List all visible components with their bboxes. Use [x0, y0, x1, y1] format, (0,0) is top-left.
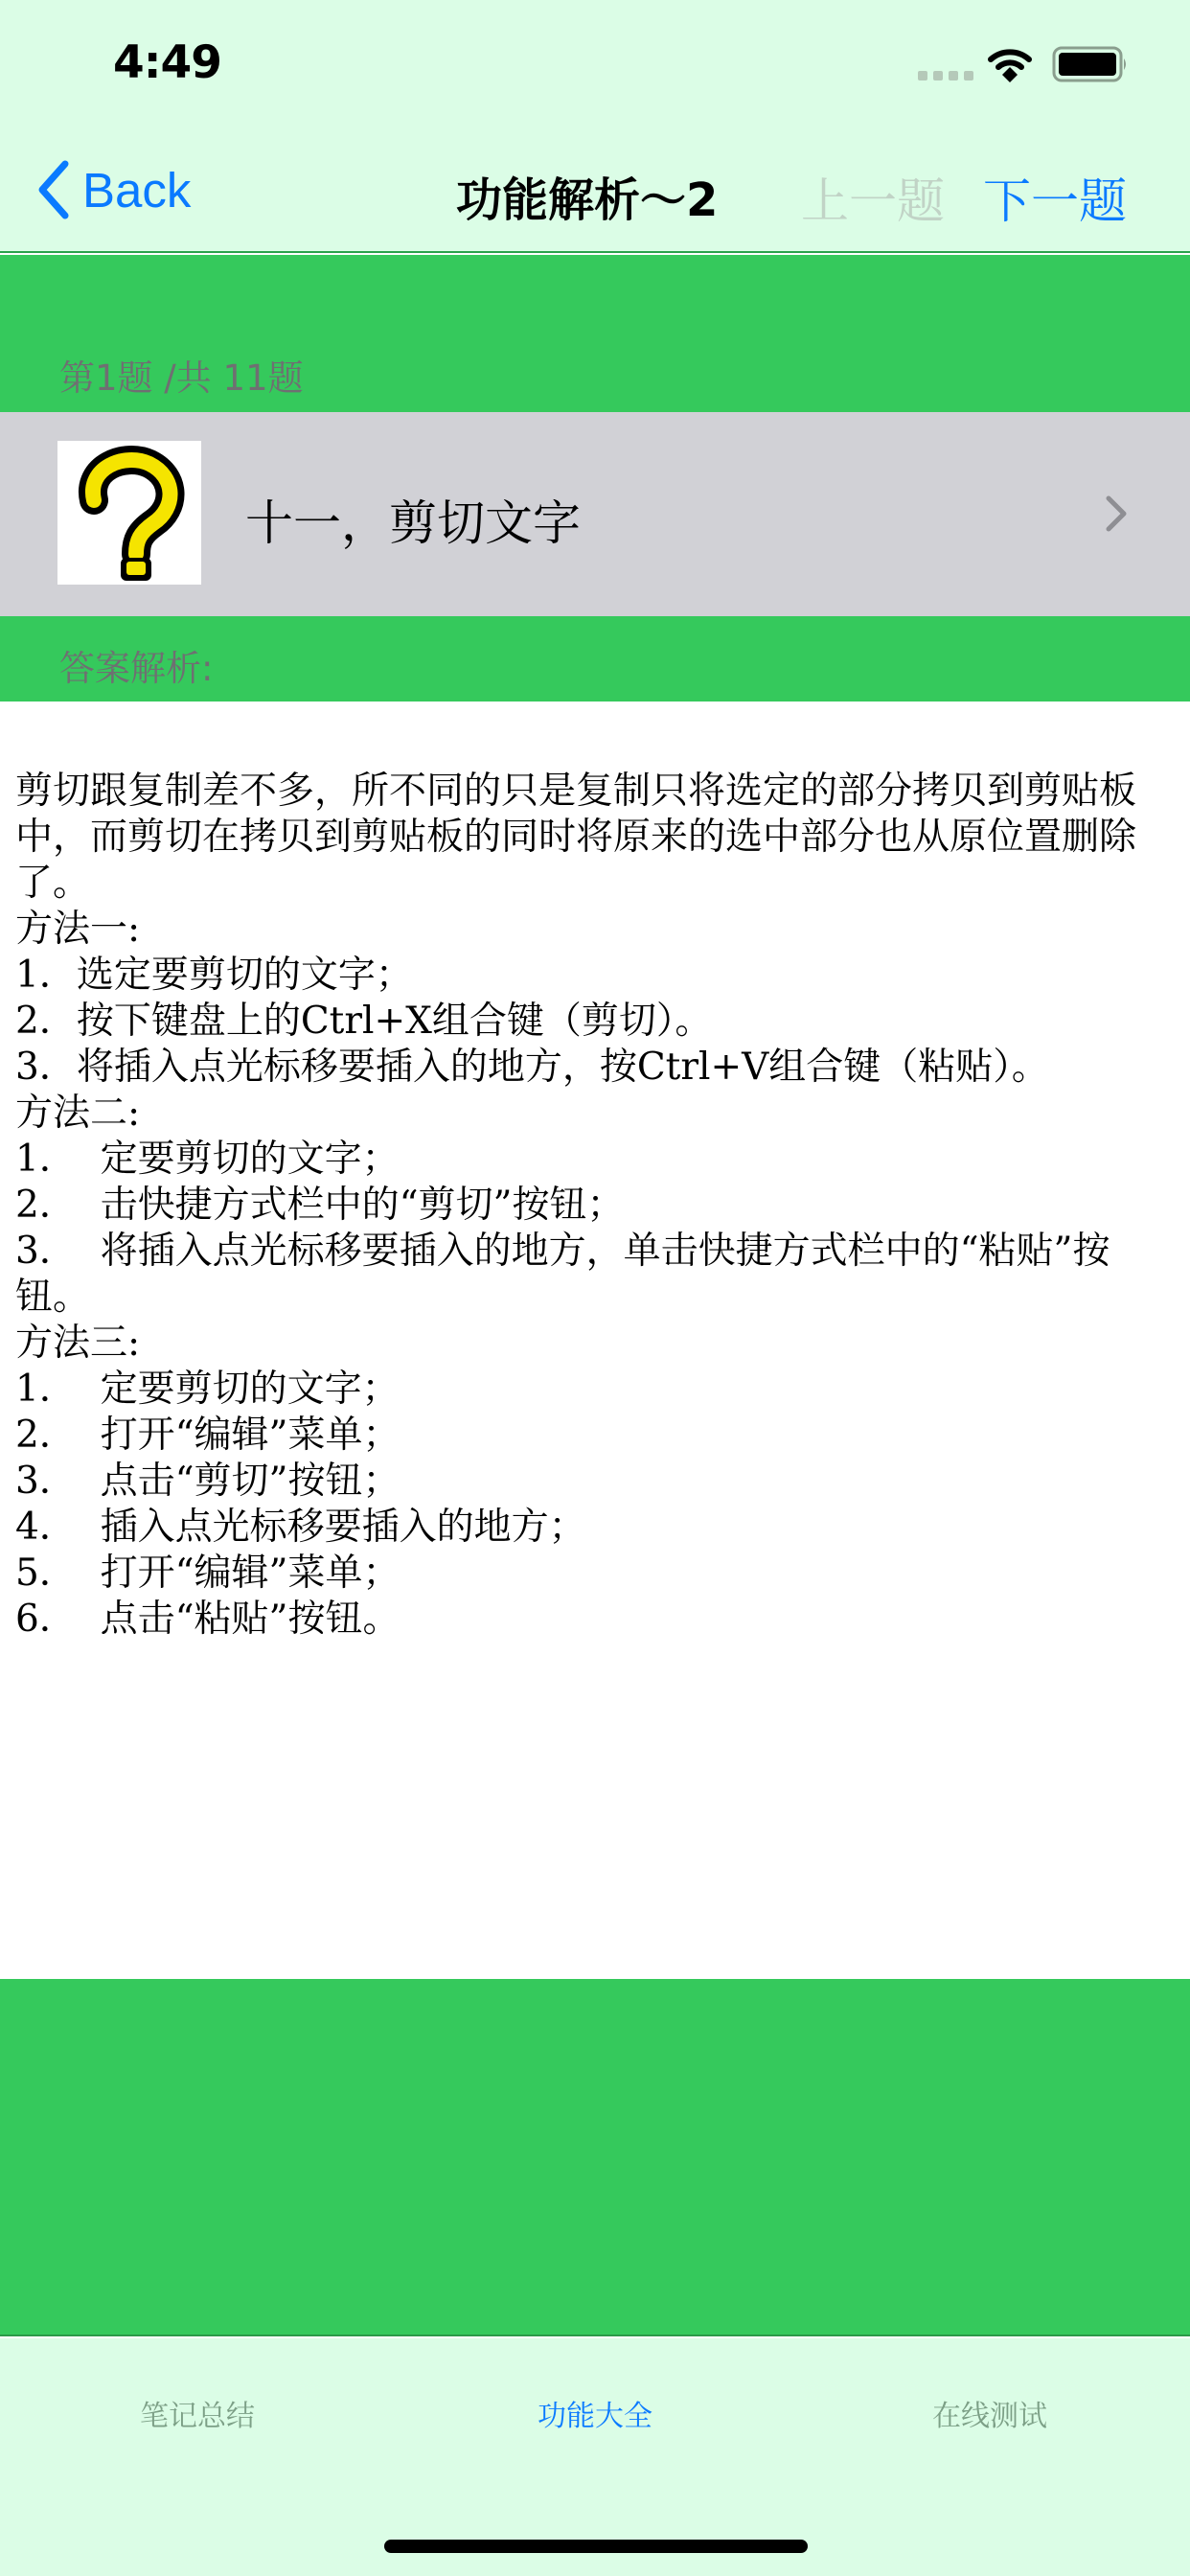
answer-line: 2． 击快捷方式栏中的“剪切”按钮； — [15, 1183, 1179, 1229]
question-title: 十一，剪切文字 — [245, 485, 581, 554]
answer-line: 5． 打开“编辑”菜单； — [15, 1551, 1179, 1597]
status-time: 4:49 — [113, 36, 221, 89]
answer-line: 3． 点击“剪切”按钮； — [15, 1459, 1179, 1505]
battery-icon — [1052, 46, 1129, 82]
chevron-left-icon — [34, 158, 73, 221]
answer-text: 剪切跟复制差不多，所不同的只是复制只将选定的部分拷贝到剪贴板中，而剪切在拷贝到剪… — [15, 769, 1179, 1643]
signal-dots-icon — [918, 71, 973, 80]
tab-notes-summary[interactable]: 笔记总结 — [63, 2392, 332, 2434]
answer-line: 2． 打开“编辑”菜单； — [15, 1413, 1179, 1459]
answer-line: 1． 定要剪切的文字； — [15, 1137, 1179, 1183]
answer-line: 3．将插入点光标移要插入的地方，按Ctrl+V组合键（粘贴）。 — [15, 1045, 1179, 1091]
nav-bar: Back 功能解析～2 上一题 下一题 — [0, 126, 1190, 253]
answer-line: 1． 定要剪切的文字； — [15, 1367, 1179, 1413]
tab-bar: 笔记总结 功能大全 在线测试 — [0, 2338, 1190, 2576]
answer-section-header: 答案解析: — [0, 616, 1190, 701]
previous-question-button[interactable]: 上一题 — [801, 163, 945, 232]
page-title: 功能解析～2 — [456, 163, 718, 229]
answer-line: 方法三: — [15, 1321, 1179, 1367]
next-question-button[interactable]: 下一题 — [983, 163, 1127, 232]
answer-line: 2．按下键盘上的Ctrl+X组合键（剪切）。 — [15, 999, 1179, 1045]
bottom-banner-area — [0, 1979, 1190, 2336]
question-mark-icon — [57, 441, 201, 585]
status-bar: 4:49 — [0, 0, 1190, 126]
question-counter: 第1题 /共 11题 — [59, 349, 304, 401]
answer-line: 4． 插入点光标移要插入的地方； — [15, 1505, 1179, 1551]
answer-line: 1．选定要剪切的文字； — [15, 953, 1179, 999]
answer-line: 方法一: — [15, 907, 1179, 953]
answer-line: 6． 点击“粘贴”按钮。 — [15, 1597, 1179, 1643]
chevron-right-icon — [1105, 494, 1128, 533]
answer-line: 剪切跟复制差不多，所不同的只是复制只将选定的部分拷贝到剪贴板中，而剪切在拷贝到剪… — [15, 769, 1179, 907]
wifi-icon — [987, 46, 1033, 84]
home-indicator — [384, 2540, 808, 2553]
answer-line: 3． 将插入点光标移要插入的地方，单击快捷方式栏中的“粘贴”按钮。 — [15, 1229, 1179, 1321]
back-button[interactable]: Back — [34, 158, 191, 221]
answer-label: 答案解析: — [59, 639, 213, 691]
back-label: Back — [82, 162, 191, 218]
question-section-header: 第1题 /共 11题 — [0, 255, 1190, 412]
answer-content: 剪切跟复制差不多，所不同的只是复制只将选定的部分拷贝到剪贴板中，而剪切在拷贝到剪… — [0, 701, 1190, 1979]
answer-line: 方法二: — [15, 1091, 1179, 1137]
question-cell[interactable]: 十一，剪切文字 — [0, 412, 1190, 616]
tab-features[interactable]: 功能大全 — [461, 2392, 729, 2434]
tab-online-test[interactable]: 在线测试 — [856, 2392, 1124, 2434]
